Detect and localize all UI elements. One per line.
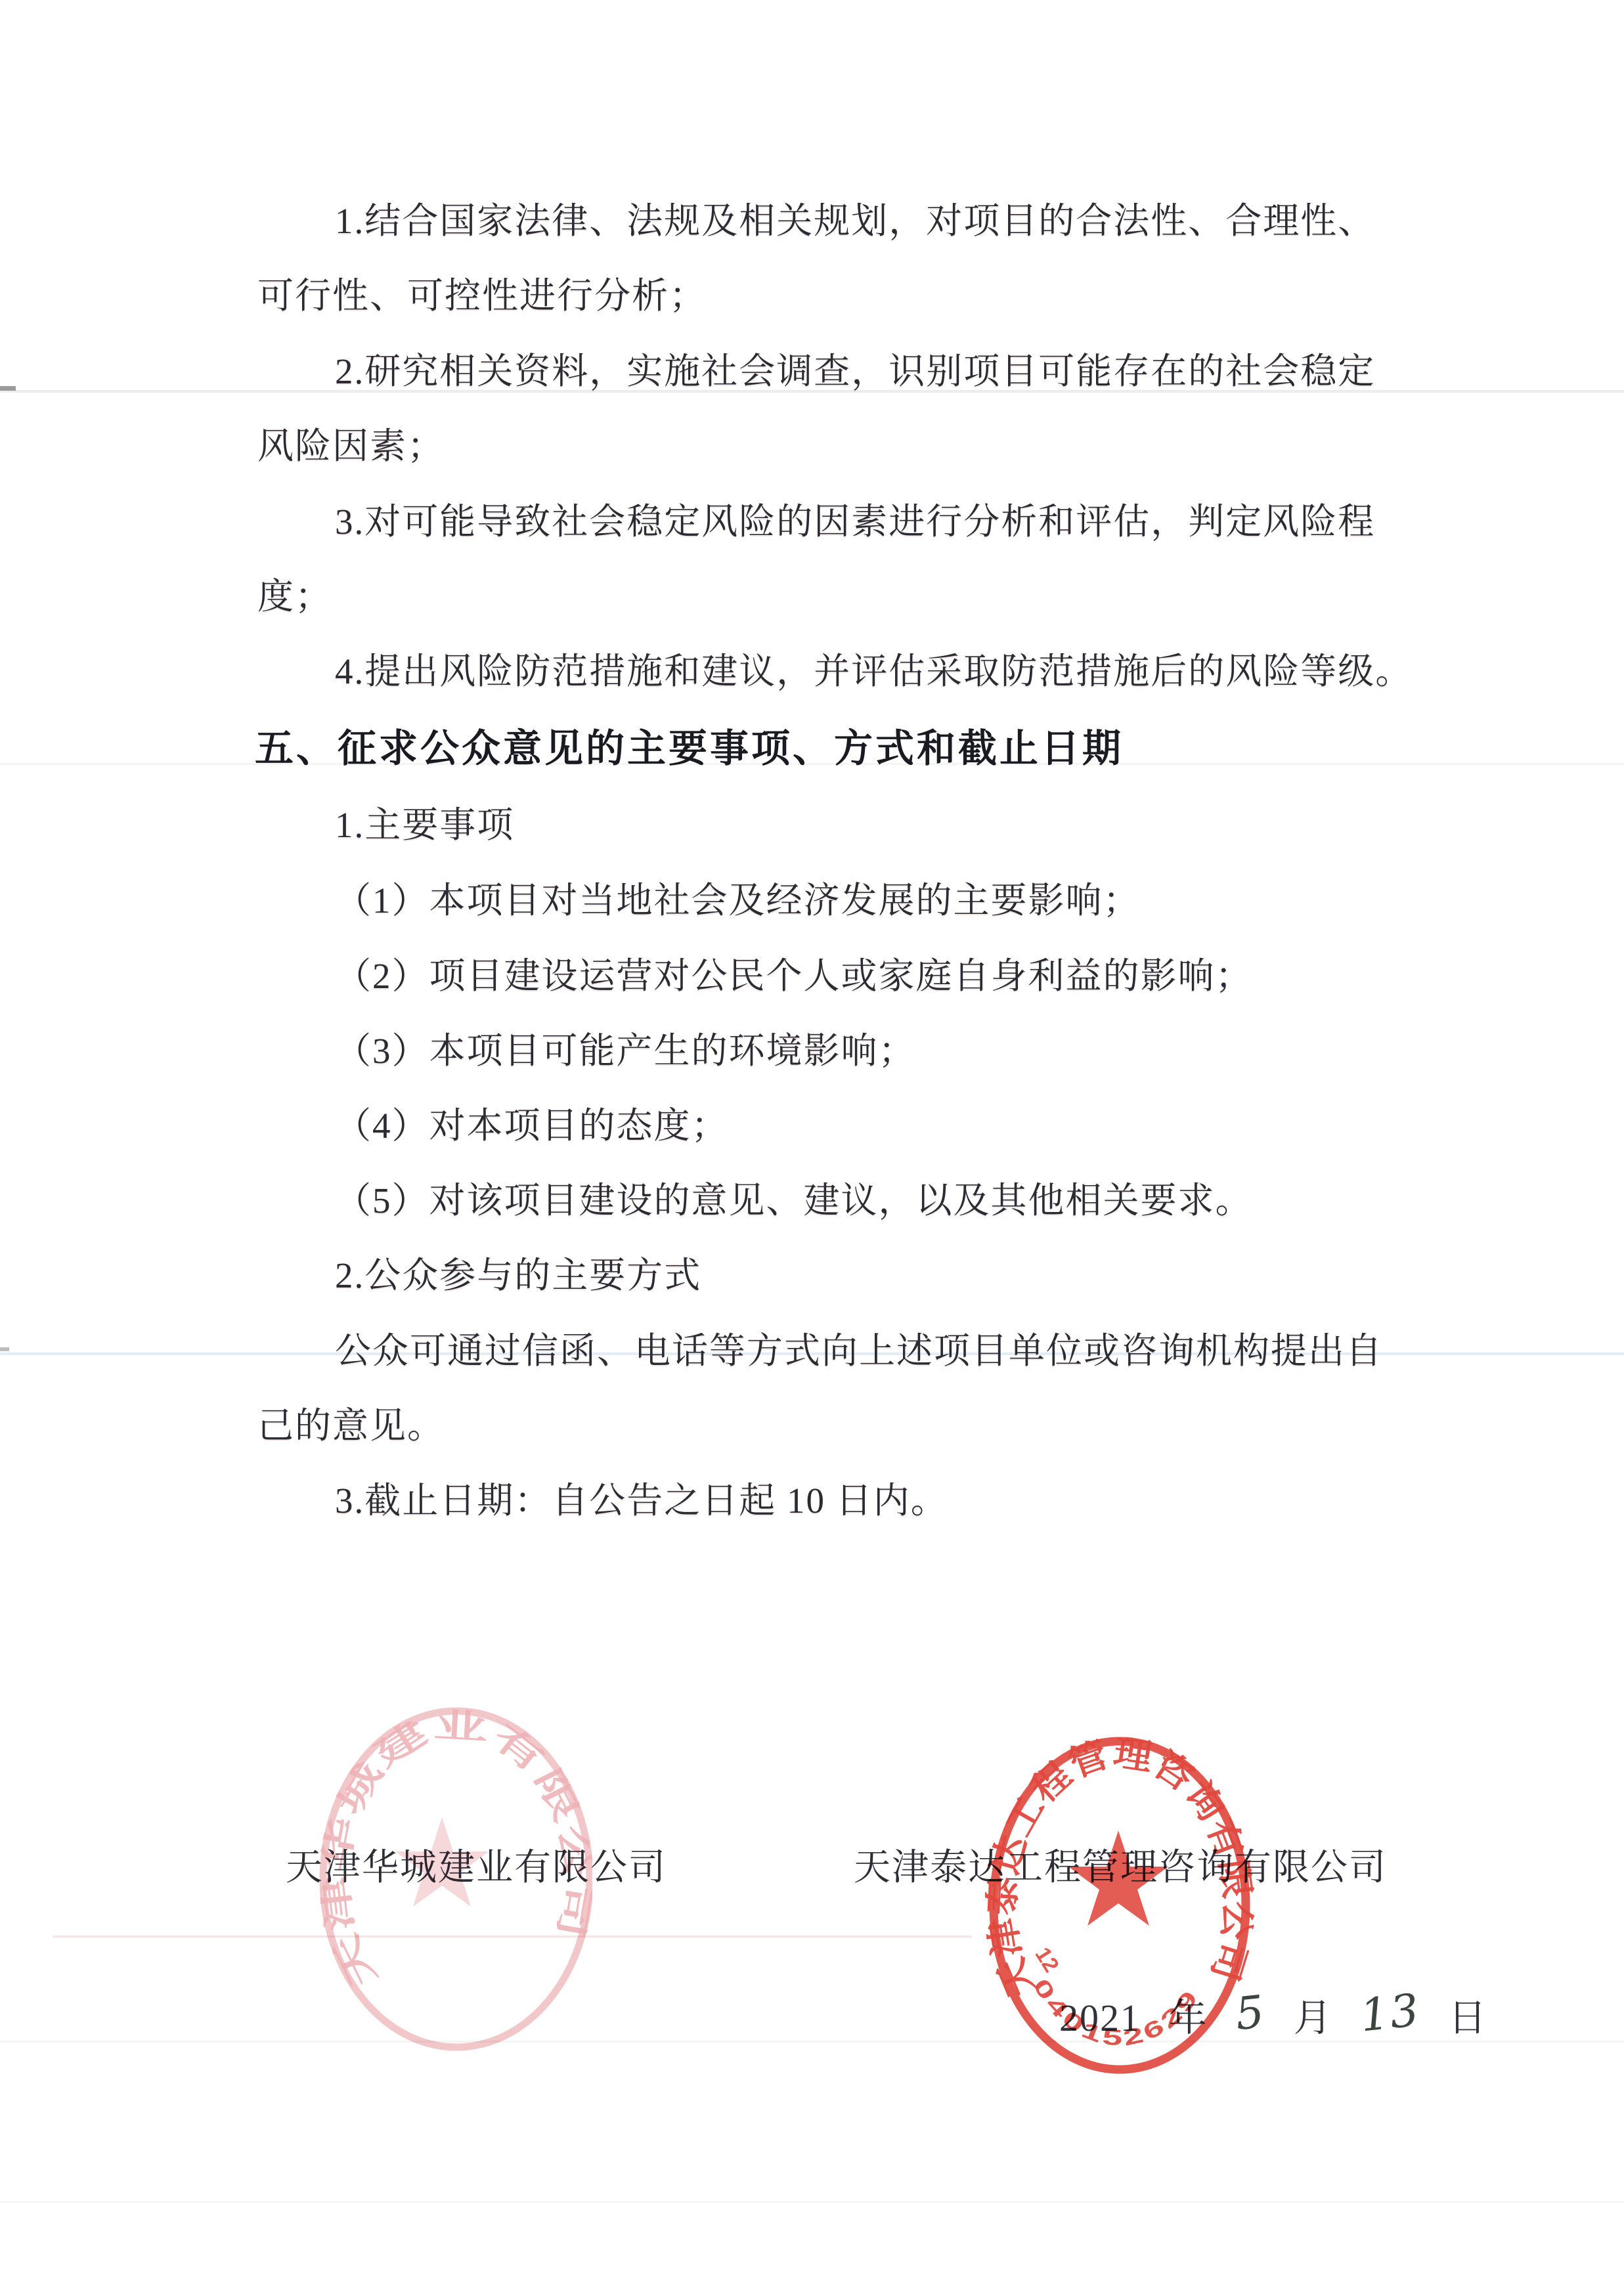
signature-company-left: 天津华城建业有限公司: [286, 1838, 667, 1891]
scan-artifact-line: [0, 2201, 1624, 2203]
date-day-handwritten: 13: [1358, 1985, 1422, 2043]
doc-line: 公众可通过信函、电话等方式向上述项目单位或咨询机构提出自: [335, 1322, 1383, 1374]
doc-line: 1.结合国家法律、法规及相关规划，对项目的合法性、合理性、: [335, 192, 1375, 244]
date-line: 2021 年 5 月 13 日: [1059, 1987, 1487, 2042]
doc-line: 2.研究相关资料，实施社会调查，识别项目可能存在的社会稳定: [335, 342, 1375, 394]
date-year-suffix: 年: [1169, 1997, 1208, 2039]
doc-line: （3）本项目可能产生的环境影响；: [335, 1022, 916, 1073]
scan-artifact-mark: [0, 1347, 9, 1351]
date-month-suffix: 月: [1294, 1997, 1333, 2039]
doc-line: 度；: [257, 567, 332, 619]
scanned-document-page: 1.结合国家法律、法规及相关规划，对项目的合法性、合理性、 可行性、可控性进行分…: [0, 0, 1624, 2296]
date-day-suffix: 日: [1448, 1997, 1487, 2039]
doc-line: （1）本项目对当地社会及经济发展的主要影响；: [335, 871, 1141, 923]
doc-line: 风险因素；: [257, 417, 445, 469]
scan-artifact-mark: [0, 386, 16, 391]
doc-line: （4）对本项目的态度；: [335, 1096, 729, 1148]
doc-line: 1.主要事项: [335, 796, 514, 848]
doc-line: 2.公众参与的主要方式: [335, 1246, 701, 1298]
doc-line: 己的意见。: [257, 1397, 445, 1448]
scan-artifact-line: [53, 1936, 972, 1938]
doc-line: 可行性、可控性进行分析；: [257, 267, 707, 318]
doc-line: 3.对可能导致社会稳定风险的因素进行分析和评估，判定风险程: [335, 492, 1375, 544]
date-month-handwritten: 5: [1233, 1986, 1268, 2041]
date-year: 2021: [1059, 1997, 1141, 2039]
signature-company-right: 天津泰达工程管理咨询有限公司: [854, 1838, 1387, 1891]
doc-line: 3.截止日期：自公告之日起 10 日内。: [335, 1471, 948, 1523]
doc-line: （5）对该项目建设的意见、建议，以及其他相关要求。: [335, 1171, 1253, 1223]
doc-line: 4.提出风险防范措施和建议，并评估采取防范措施后的风险等级。: [335, 642, 1413, 694]
seal-serial-prefix: 12: [1030, 1943, 1064, 1976]
doc-line: （2）项目建设运营对公民个人或家庭自身利益的影响；: [335, 947, 1253, 999]
section-heading: 五、征求公众意见的主要事项、方式和截止日期: [255, 717, 1124, 773]
